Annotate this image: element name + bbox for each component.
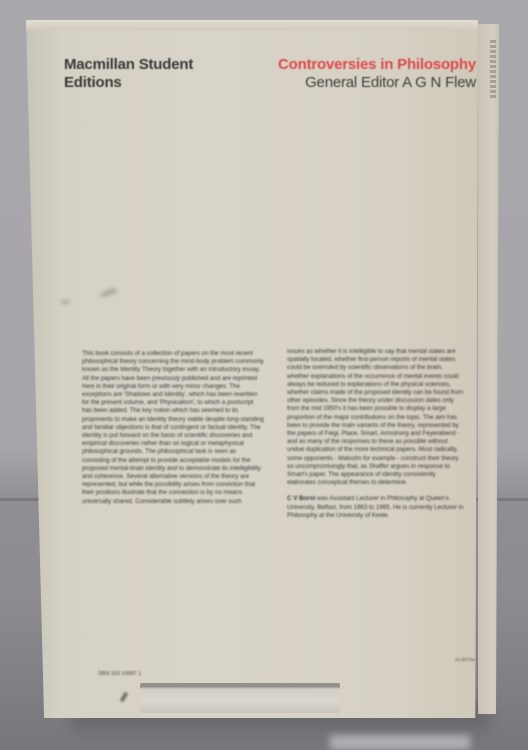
author-note: C V Borst was Assistant Lecturer in Phil… [287,495,465,520]
display-stand-lip [140,683,340,713]
series-header: Controversies in Philosophy General Edit… [278,56,476,92]
isbn-number: SBN 333 10887 1 [98,671,141,677]
publisher-imprint: Macmillan Student Editions [64,56,193,92]
spine-text [490,40,496,100]
floor-glare [330,735,470,750]
book-top-edge [26,20,478,30]
blurb-left-text: This book consists of a collection of pa… [82,350,264,506]
publisher-line-1: Macmillan Student [64,56,193,74]
series-title: Controversies in Philosophy [278,56,476,74]
blurb-right-column: issues as whether it is intelligible to … [287,348,465,520]
publisher-line-2: Editions [64,74,193,92]
cover-scuff-mark [60,300,70,304]
author-name: C V Borst [287,495,315,502]
printer-code: 21-8/27/w [455,657,475,662]
series-editor: General Editor A G N Flew [278,74,476,92]
blurb-right-text: issues as whether it is intelligible to … [287,348,465,487]
book-spine [478,24,508,714]
blurb-left-column: This book consists of a collection of pa… [82,350,264,506]
